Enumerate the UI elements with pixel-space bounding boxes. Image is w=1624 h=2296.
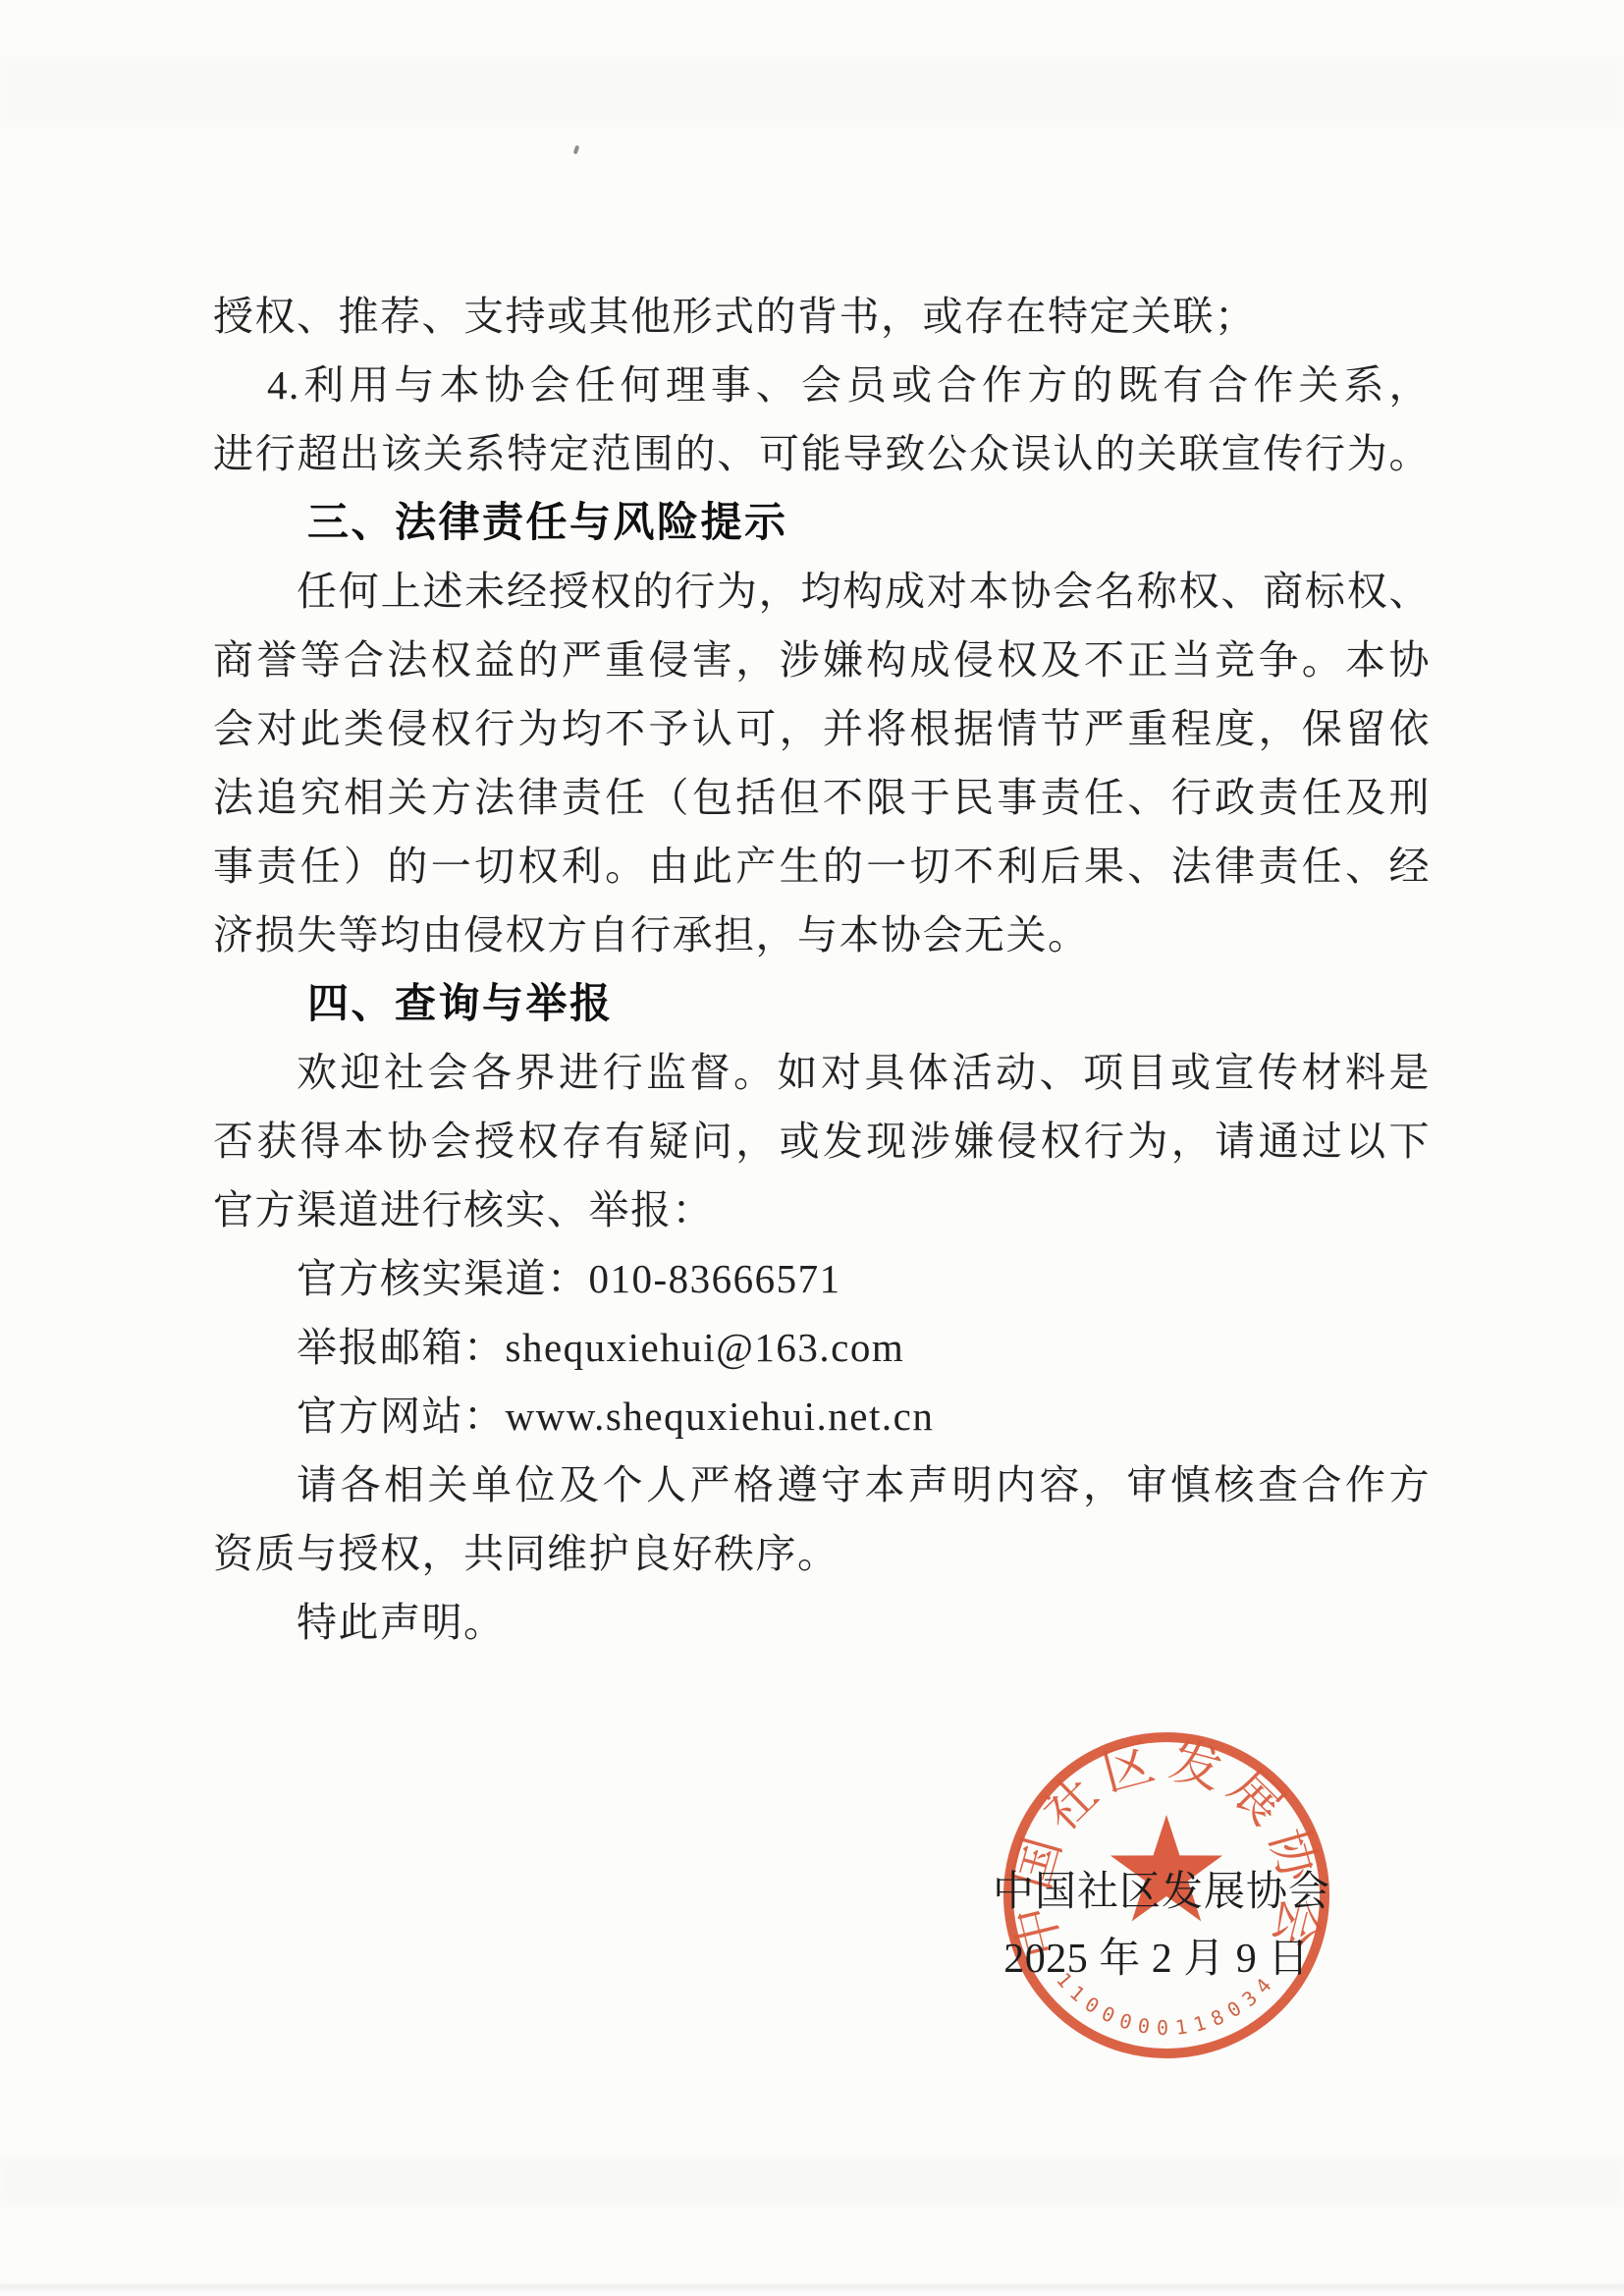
text-line: 举报邮箱：shequxiehui@163.com (213, 1313, 1431, 1382)
text-line: 资质与授权，共同维护良好秩序。 (213, 1519, 1431, 1588)
document-body: 授权、推荐、支持或其他形式的背书，或存在特定关联；4.利用与本协会任何理事、会员… (213, 282, 1431, 1657)
text-line: 否获得本协会授权存有疑问，或发现涉嫌侵权行为，请通过以下 (213, 1107, 1431, 1175)
text-line: 任何上述未经授权的行为，均构成对本协会名称权、商标权、 (213, 557, 1431, 626)
text-line: 授权、推荐、支持或其他形式的背书，或存在特定关联； (213, 282, 1431, 351)
scan-edge-shadow (0, 2284, 1624, 2290)
text-line: 法追究相关方法律责任（包括但不限于民事责任、行政责任及刑 (213, 763, 1431, 832)
signature-org: 中国社区发展协会 (990, 1859, 1333, 1926)
text-line: 特此声明。 (213, 1588, 1431, 1657)
text-line: 官方核实渠道：010-83666571 (213, 1244, 1431, 1313)
text-line: 4.利用与本协会任何理事、会员或合作方的既有合作关系， (213, 351, 1431, 419)
text-line: 请各相关单位及个人严格遵守本声明内容，审慎核查合作方 (213, 1450, 1431, 1519)
text-line: 官方渠道进行核实、举报： (213, 1175, 1431, 1244)
text-line: 商誉等合法权益的严重侵害，涉嫌构成侵权及不正当竞争。本协 (213, 626, 1431, 694)
scan-noise-band (0, 2156, 1624, 2205)
section-heading: 四、查询与举报 (213, 969, 1431, 1038)
text-line: 进行超出该关系特定范围的、可能导致公众误认的关联宣传行为。 (213, 419, 1431, 488)
signature-date: 2025 年 2 月 9 日 (995, 1926, 1319, 1993)
text-line: 会对此类侵权行为均不予认可，并将根据情节严重程度，保留依 (213, 694, 1431, 763)
text-line: 济损失等均由侵权方自行承担，与本协会无关。 (213, 901, 1431, 969)
text-line: 官方网站：www.shequxiehui.net.cn (213, 1382, 1431, 1450)
scan-noise-band (0, 57, 1624, 126)
section-heading: 三、法律责任与风险提示 (213, 488, 1431, 557)
text-line: 欢迎社会各界进行监督。如对具体活动、项目或宣传材料是 (213, 1038, 1431, 1107)
text-line: 事责任）的一切权利。由此产生的一切不利后果、法律责任、经 (213, 832, 1431, 901)
scan-speck (573, 145, 580, 155)
document-page: 授权、推荐、支持或其他形式的背书，或存在特定关联；4.利用与本协会任何理事、会员… (0, 0, 1624, 2296)
